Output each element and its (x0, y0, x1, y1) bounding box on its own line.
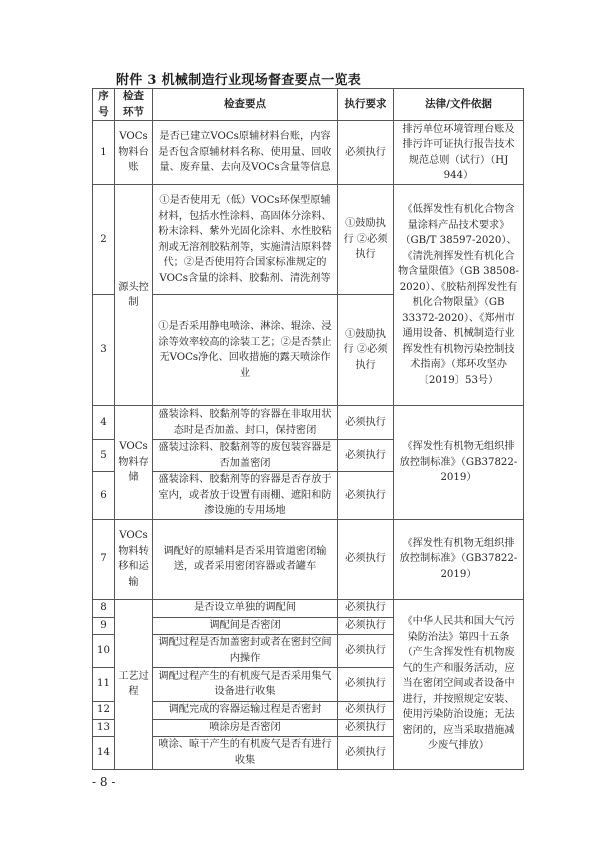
legal-basis: 排污单位环境管理台账及排污许可证执行报告技术规范总则（试行）（HJ 944） (394, 121, 524, 185)
row-no: 7 (93, 519, 115, 599)
inspection-table: 序号 检查环节 检查要点 执行要求 法律/文件依据 1 VOCs物料台账 是否已… (92, 88, 524, 770)
table-row: 7 VOCs物料转移和运输 调配好的原辅料是否采用管道密闭输送，或者采用密闭容器… (93, 519, 524, 599)
requirement: ①鼓励执行 ②必须执行 (338, 185, 394, 295)
legal-basis: 《挥发性有机物无组织排放控制标准》（GB37822-2019） (394, 406, 524, 520)
row-no: 12 (93, 701, 115, 719)
row-no: 9 (93, 617, 115, 634)
requirement: 必须执行 (338, 701, 394, 719)
check-point: ①是否使用无（低）VOCs环保型原辅材料，包括水性涂料、高固体分涂料、粉末涂料、… (153, 185, 338, 295)
check-point: 调配过程是否加盖密封或者在密封空间内操作 (153, 634, 338, 667)
table-header-row: 序号 检查环节 检查要点 执行要求 法律/文件依据 (93, 89, 524, 121)
check-point: 喷涂、晾干产生的有机废气是否有进行收集 (153, 736, 338, 769)
stage-cell: VOCs物料存储 (115, 406, 153, 520)
requirement: 必须执行 (338, 440, 394, 472)
stage-cell: 源头控制 (115, 185, 153, 406)
requirement: 必须执行 (338, 736, 394, 769)
row-no: 1 (93, 121, 115, 185)
page-title: 附件 3 机械制造行业现场督查要点一览表 (116, 69, 361, 88)
requirement: 必须执行 (338, 519, 394, 599)
table-row: 1 VOCs物料台账 是否已建立VOCs原辅材料台账，内容是否包含原辅材料名称、… (93, 121, 524, 185)
row-no: 10 (93, 634, 115, 667)
requirement: 必须执行 (338, 121, 394, 185)
requirement: 必须执行 (338, 406, 394, 440)
requirement: 必须执行 (338, 599, 394, 617)
header-no: 序号 (93, 89, 115, 121)
page-number: - 8 - (92, 775, 115, 789)
row-no: 4 (93, 406, 115, 440)
check-point: 盛装涂料、胶黏剂等的容器在非取用状态时是否加盖、封口，保持密闭 (153, 406, 338, 440)
check-point: 调配好的原辅料是否采用管道密闭输送，或者采用密闭容器或者罐车 (153, 519, 338, 599)
stage-cell: VOCs物料台账 (115, 121, 153, 185)
requirement: 必须执行 (338, 617, 394, 634)
check-point: 喷涂房是否密闭 (153, 719, 338, 736)
row-no: 5 (93, 440, 115, 472)
requirement: 必须执行 (338, 472, 394, 520)
legal-basis: 《中华人民共和国大气污染防治法》第四十五条（产生含挥发性有机物废气的生产和服务活… (394, 599, 524, 769)
row-no: 6 (93, 472, 115, 520)
check-point: 是否已建立VOCs原辅材料台账，内容是否包含原辅材料名称、使用量、回收量、废弃量… (153, 121, 338, 185)
table-row: 4 VOCs物料存储 盛装涂料、胶黏剂等的容器在非取用状态时是否加盖、封口，保持… (93, 406, 524, 440)
row-no: 3 (93, 295, 115, 406)
row-no: 11 (93, 667, 115, 701)
check-point: 调配间是否密闭 (153, 617, 338, 634)
table-row: 8 工艺过程 是否设立单独的调配间 必须执行 《中华人民共和国大气污染防治法》第… (93, 599, 524, 617)
row-no: 8 (93, 599, 115, 617)
header-requirement: 执行要求 (338, 89, 394, 121)
check-point: ①是否采用静电喷涂、淋涂、辊涂、浸涂等效率较高的涂装工艺；②是否禁止无VOCs净… (153, 295, 338, 406)
requirement: ①鼓励执行 ②必须执行 (338, 295, 394, 406)
requirement: 必须执行 (338, 667, 394, 701)
stage-cell: VOCs物料转移和运输 (115, 519, 153, 599)
table-row: 2 源头控制 ①是否使用无（低）VOCs环保型原辅材料，包括水性涂料、高固体分涂… (93, 185, 524, 295)
stage-cell: 工艺过程 (115, 599, 153, 769)
check-point: 调配过程产生的有机废气是否采用集气设备进行收集 (153, 667, 338, 701)
check-point: 盛装涂料、胶黏剂等的容器是否存放于室内，或者放于设置有雨棚、遮阳和防渗设施的专用… (153, 472, 338, 520)
row-no: 13 (93, 719, 115, 736)
requirement: 必须执行 (338, 719, 394, 736)
header-basis: 法律/文件依据 (394, 89, 524, 121)
header-point: 检查要点 (153, 89, 338, 121)
legal-basis: 《挥发性有机物无组织排放控制标准》（GB37822-2019） (394, 519, 524, 599)
check-point: 是否设立单独的调配间 (153, 599, 338, 617)
check-point: 调配完成的容器运输过程是否密封 (153, 701, 338, 719)
legal-basis: 《低挥发性有机化合物含量涂料产品技术要求》（GB/T 38597-2020）、《… (394, 185, 524, 406)
header-stage: 检查环节 (115, 89, 153, 121)
check-point: 盛装过涂料、胶黏剂等的废包装容器是否加盖密闭 (153, 440, 338, 472)
row-no: 2 (93, 185, 115, 295)
row-no: 14 (93, 736, 115, 769)
requirement: 必须执行 (338, 634, 394, 667)
